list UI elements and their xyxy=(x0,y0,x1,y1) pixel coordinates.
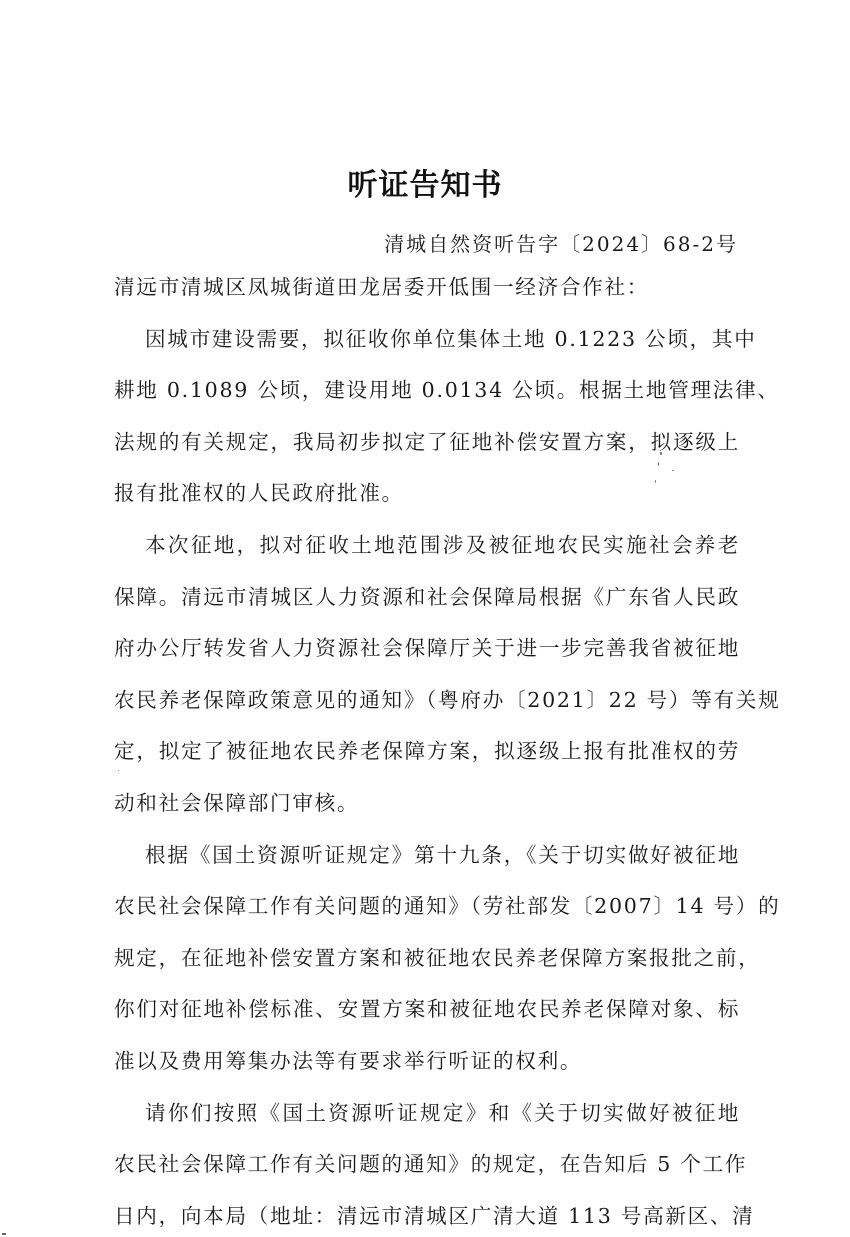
document-page: 听证告知书 清城自然资听告字〔2024〕68-2号 清远市清城区凤城街道田龙居委… xyxy=(0,0,850,1237)
text-line: 因城市建设需要，拟征收你单位集体土地 0.1223 公顷，其中 xyxy=(114,314,740,366)
text-line: 规定，在征地补偿安置方案和被征地农民养老保障方案报批之前， xyxy=(114,933,740,985)
text-line: 农民养老保障政策意见的通知》（粤府办〔2021〕22 号）等有关规 xyxy=(114,675,740,727)
text-line: 请你们按照《国土资源听证规定》和《关于切实做好被征地 xyxy=(114,1088,740,1140)
document-title: 听证告知书 xyxy=(0,160,850,204)
text-line: 动和社会保障部门审核。 xyxy=(114,778,740,830)
text-line: 日内，向本局（地址：清远市清城区广清大道 113 号高新区、清 xyxy=(114,1191,740,1237)
paragraph-hearing-rights: 根据《国土资源听证规定》第十九条，《关于切实做好被征地 农民社会保障工作有关问题… xyxy=(114,830,740,1088)
text-line: 耕地 0.1089 公顷，建设用地 0.0134 公顷。根据土地管理法律、 xyxy=(114,365,740,417)
recipient-line: 清远市清城区凤城街道田龙居委开低围一经济合作社： xyxy=(114,262,740,314)
text-line: 根据《国土资源听证规定》第十九条，《关于切实做好被征地 xyxy=(114,830,740,882)
text-line: 法规的有关规定，我局初步拟定了征地补偿安置方案，拟逐级上 xyxy=(114,417,740,469)
text-line: 你们对征地补偿标准、安置方案和被征地农民养老保障对象、标 xyxy=(114,984,740,1036)
document-body: 清远市清城区凤城街道田龙居委开低围一经济合作社： 因城市建设需要，拟征收你单位集… xyxy=(114,262,740,1237)
text-line: 定，拟定了被征地农民养老保障方案，拟逐级上报有批准权的劳 xyxy=(114,726,740,778)
text-line: 报有批准权的人民政府批准。 xyxy=(114,468,740,520)
scan-speck xyxy=(2,1233,6,1235)
text-line: 府办公厅转发省人力资源社会保障厅关于进一步完善我省被征地 xyxy=(114,623,740,675)
text-line: 农民社会保障工作有关问题的通知》的规定，在告知后 5 个工作 xyxy=(114,1139,740,1191)
text-line: 农民社会保障工作有关问题的通知》（劳社部发〔2007〕14 号）的 xyxy=(114,881,740,933)
text-line: 保障。清远市清城区人力资源和社会保障局根据《广东省人民政 xyxy=(114,572,740,624)
paragraph-land-acquisition: 因城市建设需要，拟征收你单位集体土地 0.1223 公顷，其中 耕地 0.108… xyxy=(114,314,740,520)
paragraph-hearing-request: 请你们按照《国土资源听证规定》和《关于切实做好被征地 农民社会保障工作有关问题的… xyxy=(114,1088,740,1237)
paragraph-social-security: 本次征地，拟对征收土地范围涉及被征地农民实施社会养老 保障。清远市清城区人力资源… xyxy=(114,520,740,830)
scan-speck xyxy=(660,452,662,455)
scan-speck xyxy=(658,462,659,466)
text-line: 准以及费用筹集办法等有要求举行听证的权利。 xyxy=(114,1036,740,1088)
scan-speck xyxy=(655,480,656,483)
scan-speck xyxy=(118,770,119,771)
text-line: 本次征地，拟对征收土地范围涉及被征地农民实施社会养老 xyxy=(114,520,740,572)
document-number: 清城自然资听告字〔2024〕68-2号 xyxy=(384,228,738,257)
scan-speck xyxy=(672,470,674,471)
